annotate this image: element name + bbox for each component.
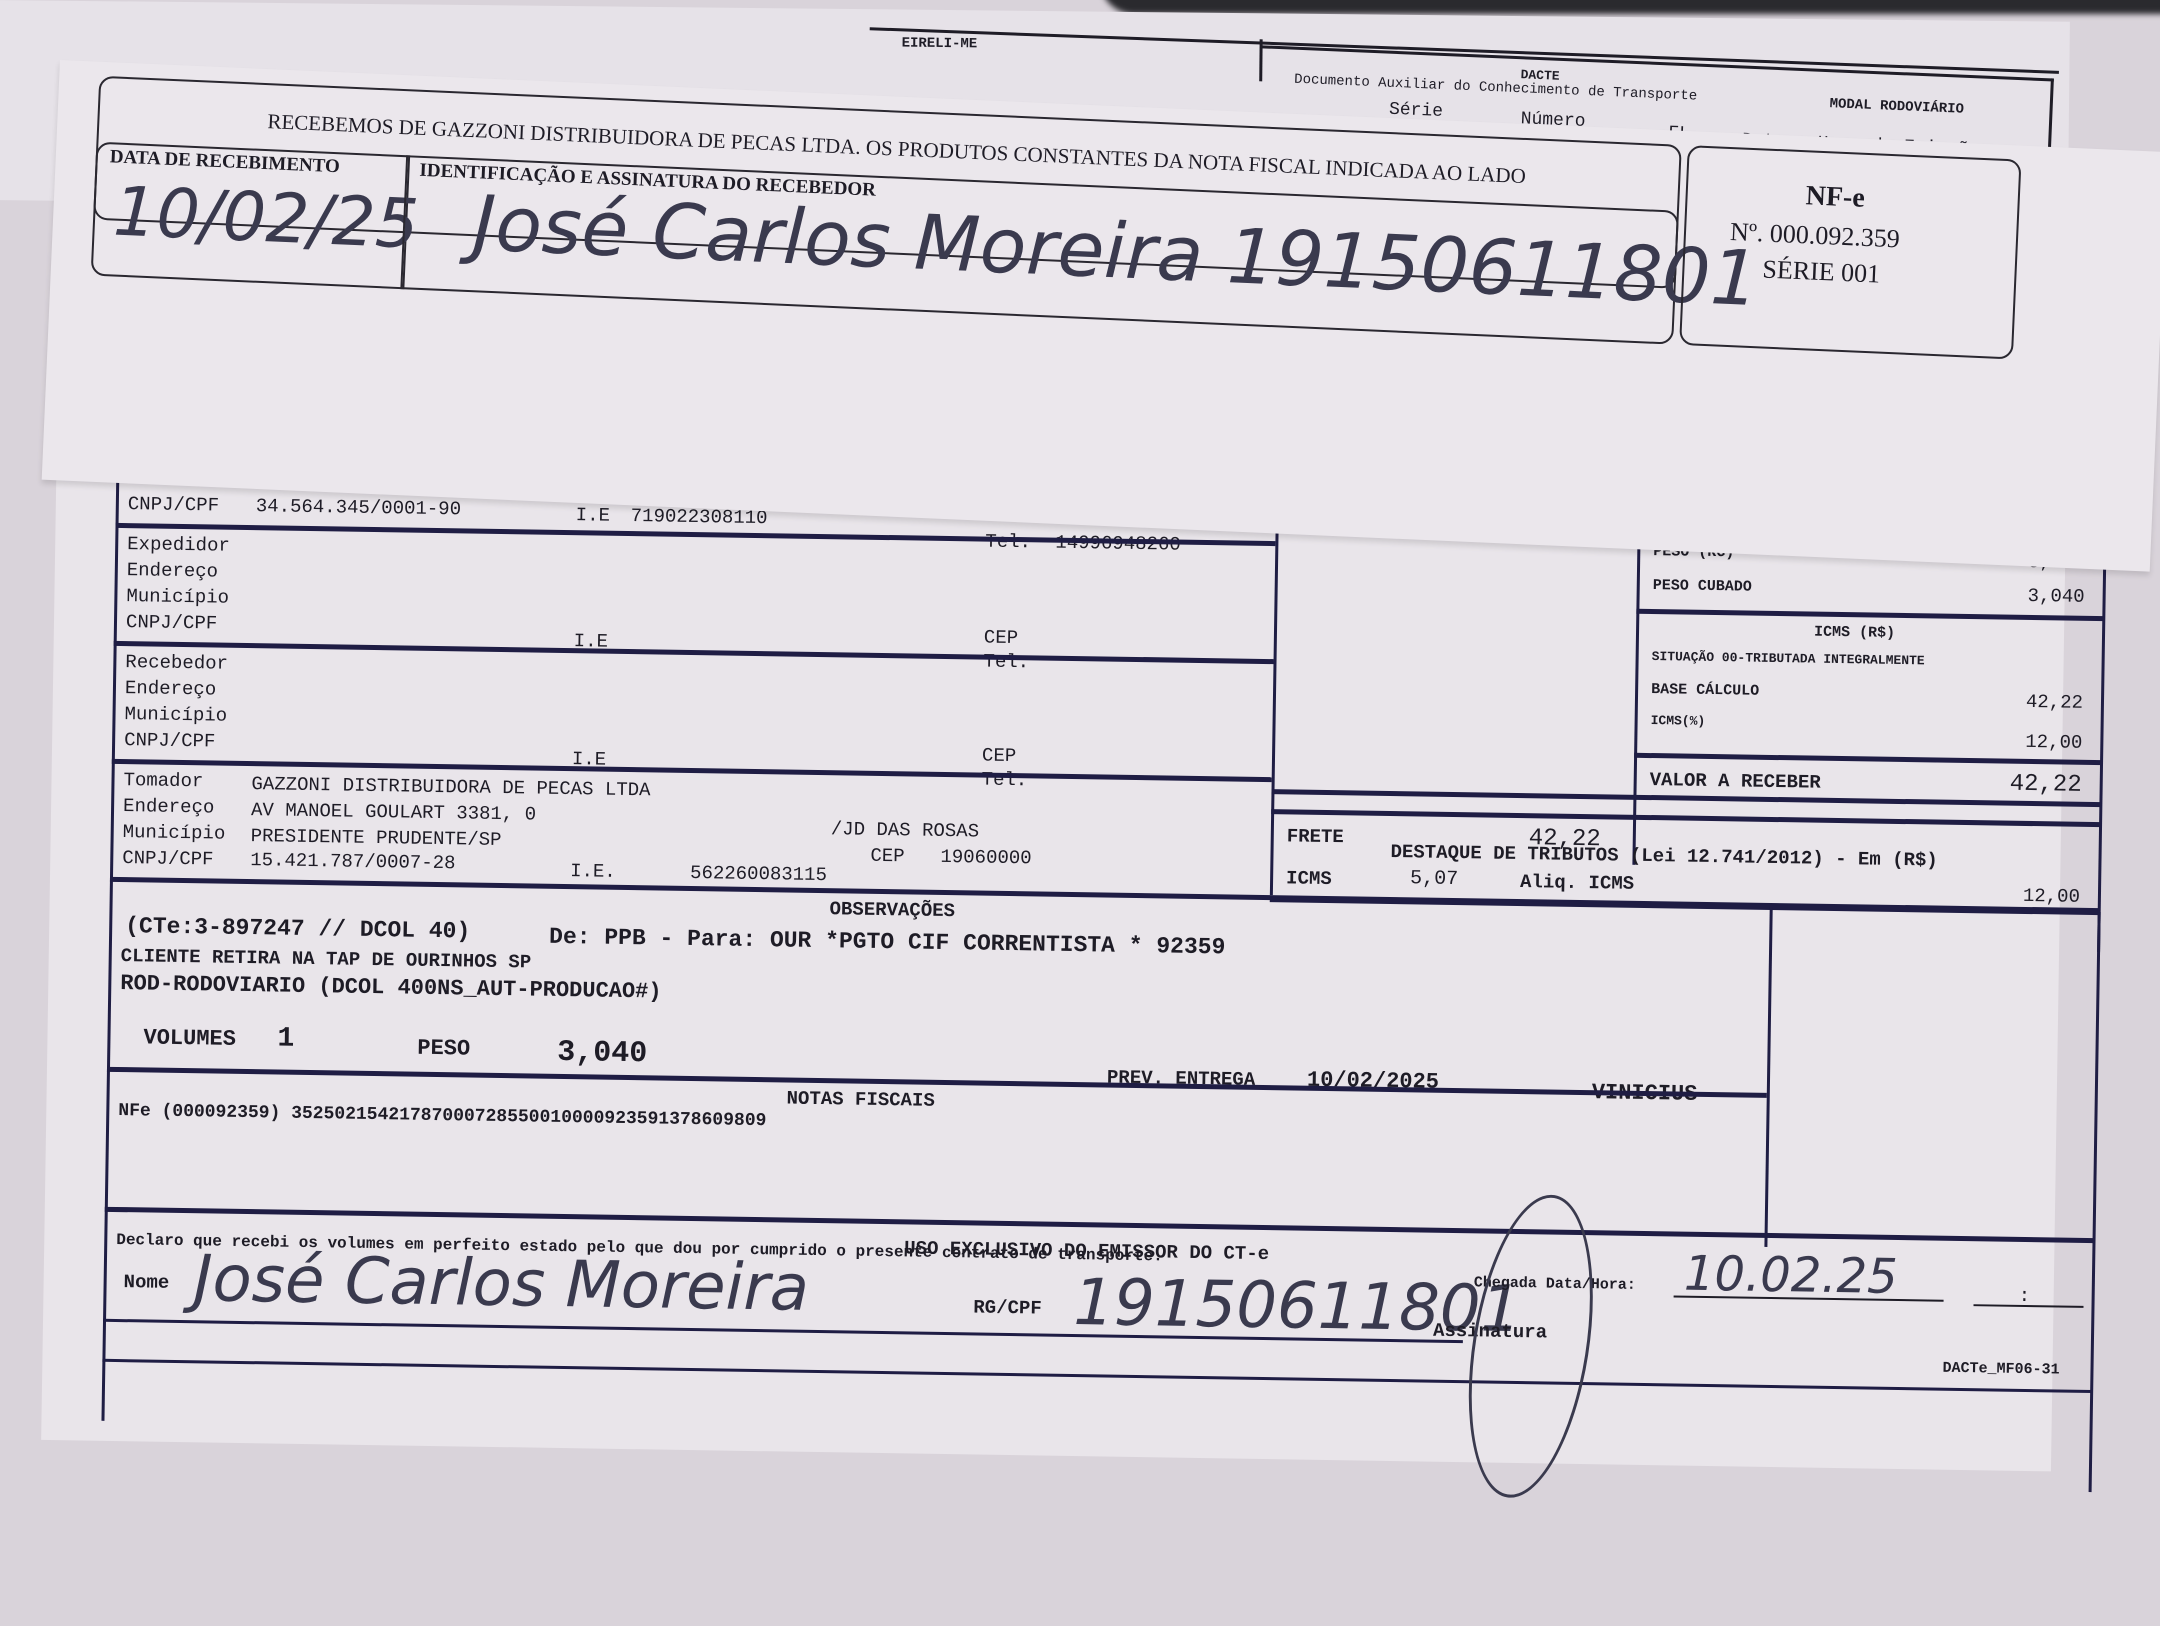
tomador-cep: 19060000: [940, 846, 1032, 869]
expedidor-municipio-label: Município: [126, 585, 229, 609]
peso-cubado-value: 3,040: [1884, 583, 2084, 608]
divider: [107, 1067, 1767, 1098]
company-suffix: EIRELI-ME: [902, 36, 978, 53]
tributos-icms-label: ICMS: [1286, 867, 1332, 890]
form-code: DACTe_MF06-31: [1942, 1360, 2059, 1379]
tomador-bairro: /JD DAS ROSAS: [831, 818, 980, 842]
hora-separator: :: [2018, 1285, 2030, 1307]
recebedor-label: Recebedor: [125, 651, 228, 675]
tomador-municipio-label: Município: [123, 821, 226, 845]
tomador-ie: 562260083115: [690, 862, 827, 886]
obs-peso-value: 3,040: [557, 1036, 648, 1071]
observacoes-title: OBSERVAÇÕES: [829, 898, 955, 922]
nfe-access-key: NFe (000092359) 352502154217870007285500…: [118, 1101, 766, 1131]
receipt-date-handwritten: 10/02/25: [112, 173, 421, 265]
tomador-cnpj-label: CNPJ/CPF: [122, 847, 214, 870]
divider: [1634, 753, 2102, 765]
obs-volumes-value: 1: [277, 1024, 294, 1055]
expedidor-label: Expedidor: [127, 533, 230, 557]
tomador-municipio: PRESIDENTE PRUDENTE/SP: [250, 825, 501, 851]
rg-label: RG/CPF: [973, 1296, 1042, 1319]
tributos-aliq-value: 12,00: [1880, 883, 2080, 908]
frame-bottom: [102, 1359, 2092, 1393]
dacte-subtitle: Documento Auxiliar do Conhecimento de Tr…: [1294, 72, 1698, 105]
divider: [1764, 907, 1772, 1247]
expedidor-cep-label: CEP: [984, 627, 1019, 650]
tributos-title: DESTAQUE DE TRIBUTOS (Lei 12.741/2012) -…: [1390, 841, 1938, 872]
destinatario-cnpj: 34.564.345/0001-90: [256, 495, 462, 520]
notas-fiscais-title: NOTAS FISCAIS: [786, 1088, 935, 1112]
divider: [114, 641, 1274, 664]
icms-title: ICMS (R$): [1814, 624, 1895, 642]
frame-right: [2089, 912, 2101, 1492]
observacoes-line2: CLIENTE RETIRA NA TAP DE OURINHOS SP: [121, 945, 532, 973]
tomador-cnpj: 15.421.787/0007-28: [250, 849, 456, 874]
tomador-name: GAZZONI DISTRIBUIDORA DE PECAS LTDA: [251, 773, 650, 801]
destinatario-cnpj-label: CNPJ/CPF: [128, 493, 220, 516]
tributos-icms-value: 5,07: [1410, 867, 1458, 891]
observacoes-route: De: PPB - Para: OUR *PGTO CIF CORRENTIST…: [549, 924, 1226, 961]
expedidor-cnpj-label: CNPJ/CPF: [126, 611, 218, 634]
nfe-series: SÉRIE 001: [1762, 254, 1881, 289]
nome-label: Nome: [123, 1271, 169, 1294]
peso-cubado-label: PESO CUBADO: [1653, 577, 1752, 596]
tributos-aliq-label: Aliq. ICMS: [1520, 871, 1634, 895]
tomador-ie-label: I.E.: [570, 860, 616, 883]
valor-receber-value: 42,22: [1881, 769, 2081, 799]
observacoes-cte-ref: (CTe:3-897247 // DCOL 40): [125, 913, 470, 944]
tomador-cep-label: CEP: [870, 845, 905, 868]
modal-label: MODAL RODOVIÁRIO: [1829, 96, 1964, 118]
tomador-label: Tomador: [123, 769, 203, 792]
obs-volumes-label: VOLUMES: [143, 1025, 236, 1051]
observacoes-line3: ROD-RODOVIARIO (DCOL 400NS_AUT-PRODUCAO#…: [120, 971, 662, 1004]
recebedor-cep-label: CEP: [982, 745, 1017, 768]
background-edge: [1100, 0, 2160, 14]
icms-aliquota-value: 12,00: [1882, 729, 2082, 754]
nome-signature: José Carlos Moreira: [193, 1242, 809, 1326]
recebedor-endereco-label: Endereço: [125, 677, 217, 700]
tomador-endereco: AV MANOEL GOULART 3381, 0: [251, 799, 536, 825]
destinatario-ie-label: I.E: [576, 504, 611, 527]
recebedor-cnpj-label: CNPJ/CPF: [124, 729, 216, 752]
frete-label: FRETE: [1287, 825, 1344, 848]
base-calculo-value: 42,22: [1883, 689, 2083, 714]
tomador-endereco-label: Endereço: [123, 795, 215, 818]
expedidor-endereco-label: Endereço: [127, 559, 219, 582]
divider: [1271, 809, 2101, 827]
icms-aliquota-label: ICMS(%): [1651, 713, 1706, 729]
divider: [1636, 609, 2104, 621]
base-calculo-label: BASE CÁLCULO: [1651, 681, 1759, 700]
obs-peso-label: PESO: [417, 1036, 470, 1062]
icms-situacao: SITUAÇÃO 00-TRIBUTADA INTEGRALMENTE: [1652, 649, 1925, 668]
recebedor-municipio-label: Município: [124, 703, 227, 727]
valor-receber-label: VALOR A RECEBER: [1650, 769, 1821, 794]
nfe-title: NF-e: [1805, 180, 1865, 215]
